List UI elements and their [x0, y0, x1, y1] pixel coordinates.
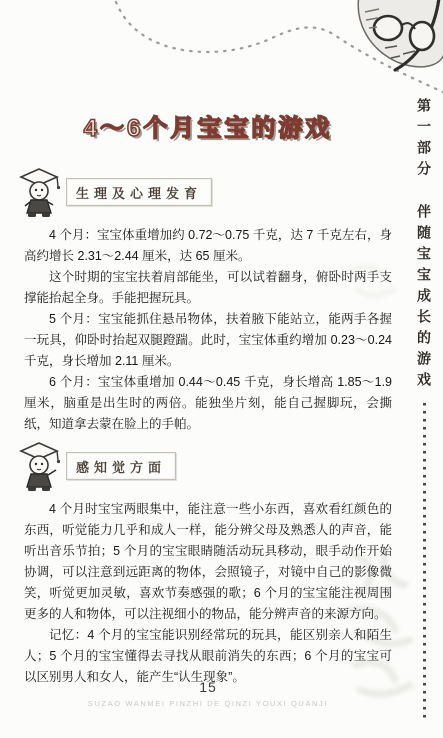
chapter-sidebar: 第一部分 伴随宝宝成长的游戏	[411, 98, 437, 718]
paragraph: 5 个月：宝宝能抓住悬吊物体，扶着腋下能站立，能两手各握一玩具，仰卧时抬起双腿蹬…	[24, 309, 392, 372]
section-heading-perception: 感知觉方面	[16, 437, 392, 495]
paragraph: 这个时期的宝宝扶着肩部能坐，可以试着翻身，俯卧时两手支撑能抬起全身。手能把握玩具…	[24, 267, 392, 309]
page-title: 4～6个月宝宝的游戏	[24, 108, 392, 143]
paragraph: 4 个月：宝宝体重增加约 0.72～0.75 千克，达 7 千克左右，身高约增长…	[24, 225, 392, 267]
paragraph: 4 个月时宝宝两眼集中，能注意一些小东西，喜欢看红颜色的东西，听觉能力几乎和成人…	[24, 499, 392, 625]
book-title-pinyin: SUZAO WANMEI PINZHI DE QINZI YOUXI QUANJ…	[24, 699, 392, 708]
part-title-label: 伴随宝宝成长的游戏	[411, 204, 437, 393]
paragraph: 6 个月：宝宝体重增加 0.44～0.45 千克，身长增高 1.85～1.9 厘…	[24, 372, 392, 435]
section-heading-label: 生理及心理发育	[66, 178, 212, 206]
part-number-label: 第一部分	[411, 98, 437, 182]
section-heading-label: 感知觉方面	[66, 452, 176, 480]
section-heading-physiology: 生理及心理发育	[16, 163, 392, 221]
scholar-mascot-icon	[16, 438, 62, 494]
book-page: 4～6个月宝宝的游戏 生理及心理发育 4 个月：宝宝体重增加约 0.72～0.7…	[0, 0, 443, 738]
sidebar-dotted-leader	[423, 403, 426, 718]
page-number: 15	[24, 679, 392, 695]
dotted-curve-decoration	[0, 0, 443, 110]
main-content: 4～6个月宝宝的游戏 生理及心理发育 4 个月：宝宝体重增加约 0.72～0.7…	[24, 96, 392, 688]
sketch-illustration	[325, 0, 443, 82]
page-footer: 15 SUZAO WANMEI PINZHI DE QINZI YOUXI QU…	[24, 679, 392, 708]
scholar-mascot-icon	[16, 164, 62, 220]
